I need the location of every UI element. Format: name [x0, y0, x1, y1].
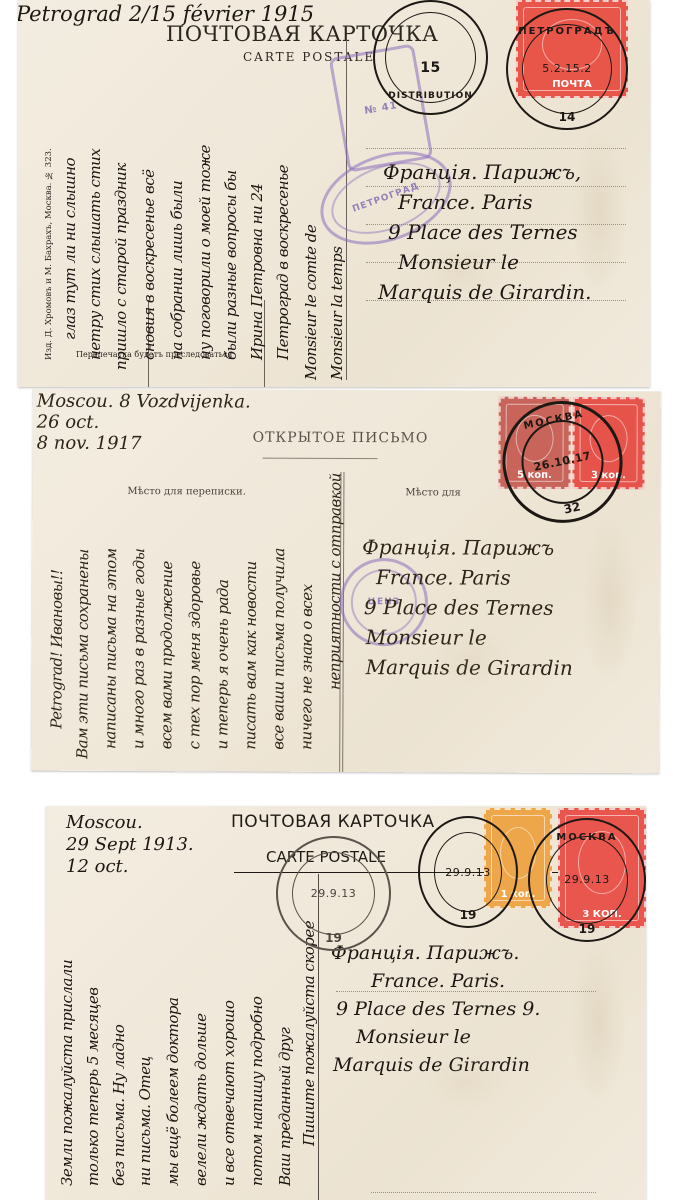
- address-line-3: 9 Place des Ternes: [364, 595, 654, 620]
- postmark-number: 19: [420, 908, 516, 922]
- address-line-2: France. Paris: [398, 190, 633, 214]
- postmark-number: 19: [530, 922, 644, 936]
- postmark-date: 29.9.13: [420, 866, 516, 879]
- moscow-postmark-middle: 29.9.13 19: [418, 816, 518, 928]
- postmark-number: 14: [508, 110, 626, 124]
- postmark-date: 5.2.15.2: [508, 62, 626, 75]
- address-line-5: Marquis de Girardin.: [378, 280, 633, 304]
- publisher-imprint: Изд. Д. Хромовъ и М. Бахрахъ, Москва. № …: [44, 70, 54, 360]
- address-line-3: 9 Place des Ternes: [388, 220, 633, 244]
- address-block: Франція. Парижъ, France. Paris 9 Place d…: [353, 160, 633, 304]
- dateline: Moscou. 8 Vozdvijenka. 26 oct. 8 nov. 19…: [37, 391, 251, 455]
- address-line-5: Marquis de Girardin: [366, 655, 654, 680]
- dateline-line-2: 26 oct.: [37, 412, 251, 434]
- address-line-4: Monsieur le: [398, 250, 633, 274]
- postmark-city: ПЕТРОГРАДЪ: [508, 26, 626, 37]
- dateline-line-2: 29 Sept 1913.: [66, 834, 194, 856]
- postmark-date: 15: [375, 60, 486, 76]
- address-line: [371, 1192, 596, 1193]
- postmark-number: 19: [278, 931, 389, 945]
- address-block: Франція. Парижъ France. Paris 9 Place de…: [344, 535, 655, 680]
- moscow-postmark-faded: 29.9.13 19: [276, 836, 391, 951]
- address-block: Франція. Парижъ. France. Paris. 9 Place …: [331, 942, 641, 1076]
- address-line-2: France. Paris: [376, 565, 654, 590]
- right-label: Мѣсто для: [405, 487, 460, 498]
- printed-title: ПОЧТОВАЯ КАРТОЧКА: [231, 812, 435, 832]
- address-line-4: Monsieur le: [356, 1026, 641, 1048]
- postcard-moscow-1913: Moscou. 29 Sept 1913. 12 oct. ПОЧТОВАЯ К…: [46, 806, 646, 1200]
- postcard-moscow-1917: Moscou. 8 Vozdvijenka. 26 oct. 8 nov. 19…: [31, 389, 661, 774]
- petrograd-postmark: ПЕТРОГРАДЪ 5.2.15.2 14: [506, 8, 628, 130]
- address-line-2: France. Paris.: [371, 970, 641, 992]
- dateline-line-1: Moscou. 8 Vozdvijenka.: [37, 391, 251, 413]
- postcard-petrograd-1915: Petrograd 2/15 février 1915 ПОЧТОВАЯ КАР…: [18, 0, 650, 387]
- postmark-date: 29.9.13: [278, 887, 389, 900]
- postmark-text: DISTRIBUTION: [375, 91, 486, 101]
- address-line-5: Marquis de Girardin: [333, 1054, 641, 1076]
- address-line-1: Франція. Парижъ.: [331, 942, 641, 964]
- dateline-line-3: 12 oct.: [66, 856, 194, 878]
- address-line-1: Франція. Парижъ: [362, 535, 654, 560]
- dateline: Moscou. 29 Sept 1913. 12 oct.: [66, 812, 194, 878]
- distribution-postmark: 15 DISTRIBUTION: [373, 0, 488, 115]
- dateline-line-1: Moscou.: [66, 812, 194, 834]
- moscow-postmark-right: МОСКВА 29.9.13 19: [528, 818, 646, 942]
- address-line-1: Франція. Парижъ,: [383, 160, 633, 184]
- address-line-4: Monsieur le: [366, 625, 654, 650]
- postmark-city: МОСКВА: [530, 832, 644, 843]
- postmark-date: 29.9.13: [530, 873, 644, 886]
- address-line-3: 9 Place des Ternes 9.: [336, 998, 641, 1020]
- printed-title: ОТКРЫТОЕ ПИСЬМО: [253, 430, 429, 447]
